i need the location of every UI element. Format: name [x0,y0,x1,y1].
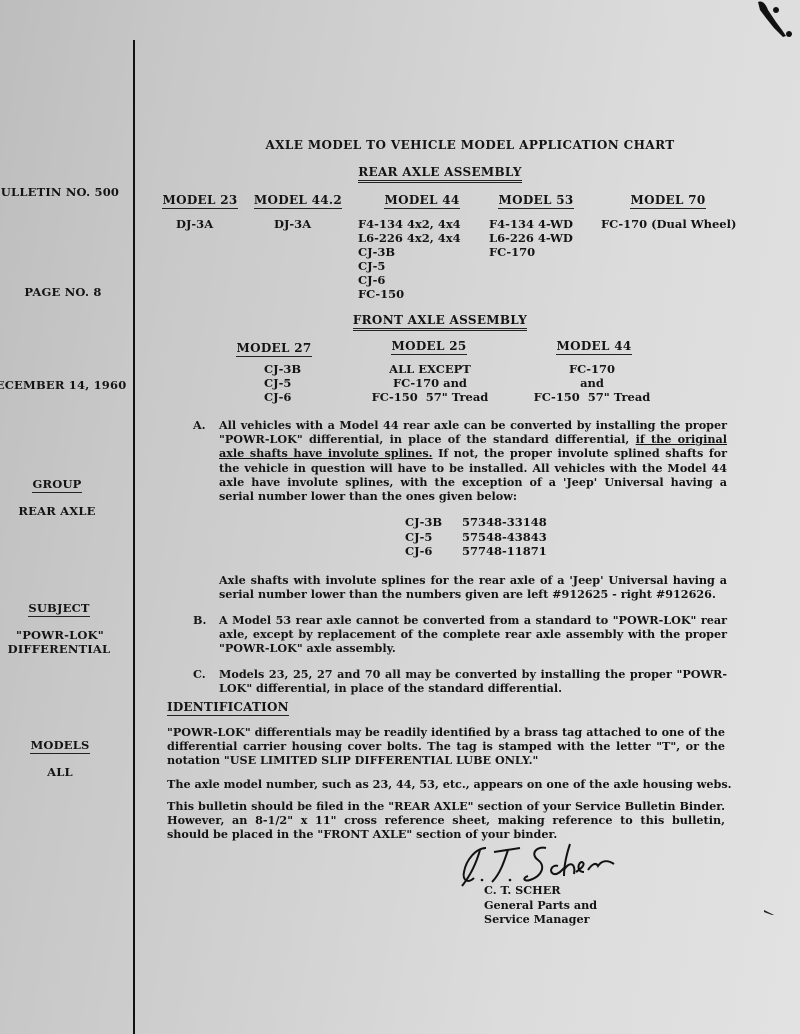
front-model-27-vehicles: CJ-3B CJ-5 CJ-6 [264,362,301,404]
rear-model-23-vehicles: DJ-3A [176,217,213,231]
signatory-name: C. T. SCHER [484,883,597,898]
note-a-label: A. [193,418,206,432]
front-model-27-header: MODEL 27 [226,341,322,355]
models-value: ALL [0,765,120,779]
signatory-title-2: Service Manager [484,912,597,927]
identification-paragraph-1: "POWR-LOK" differentials may be readily … [167,725,725,768]
filing-instructions: This bulletin should be filed in the "RE… [167,799,725,842]
subject-line-2: DIFFERENTIAL [0,642,118,656]
rear-model-44-2-vehicles: DJ-3A [274,217,311,231]
handwritten-signature [458,842,628,888]
subject-line-1: "POWR-LOK" [0,628,120,642]
ink-smudge [756,0,796,40]
front-axle-heading: FRONT AXLE ASSEMBLY [300,313,580,327]
chart-title: AXLE MODEL TO VEHICLE MODEL APPLICATION … [140,138,800,152]
group-label: GROUP [0,477,114,491]
front-model-25-header: MODEL 25 [376,339,482,353]
ink-fleck [764,910,774,915]
front-model-25-vehicles: ALL EXCEPT FC-170 and FC-150 57" Tread [360,362,500,404]
bulletin-date: DECEMBER 14, 1960 [0,378,136,392]
note-c: C. Models 23, 25, 27 and 70 all may be c… [219,667,727,695]
rear-model-53-header: MODEL 53 [488,193,584,207]
margin-divider-line [133,40,135,1034]
rear-model-70-vehicles: FC-170 (Dual Wheel) [601,217,736,231]
serial-row: CJ-557548-43843 [405,530,547,545]
serial-row: CJ-657748-11871 [405,544,547,559]
rear-model-44-2-header: MODEL 44.2 [250,193,346,207]
serial-number-table: CJ-3B57348-33148 CJ-557548-43843 CJ-6577… [405,515,547,559]
note-a: A. All vehicles with a Model 44 rear axl… [219,418,727,503]
note-c-label: C. [193,667,206,681]
note-a-followup: Axle shafts with involute splines for th… [219,573,727,601]
front-model-44-header: MODEL 44 [544,339,644,353]
group-value: REAR AXLE [0,504,114,518]
subject-label: SUBJECT [0,601,118,615]
serial-row: CJ-3B57348-33148 [405,515,547,530]
identification-heading: IDENTIFICATION [167,700,289,714]
bulletin-number: BULLETIN NO. 500 [0,185,130,199]
front-model-44-vehicles: FC-170 and FC-150 57" Tread [522,362,662,404]
identification-paragraph-2: The axle model number, such as 23, 44, 5… [167,777,737,791]
note-b-label: B. [193,613,206,627]
models-label: MODELS [0,738,120,752]
rear-model-44-vehicles: F4-134 4x2, 4x4 L6-226 4x2, 4x4 CJ-3B CJ… [358,217,461,301]
note-b: B. A Model 53 rear axle cannot be conver… [219,613,727,656]
page-number: PAGE NO. 8 [0,285,126,299]
rear-axle-heading: REAR AXLE ASSEMBLY [300,165,580,179]
rear-model-44-header: MODEL 44 [372,193,472,207]
signature-block: C. T. SCHER General Parts and Service Ma… [484,883,597,927]
rear-model-23-header: MODEL 23 [160,193,240,207]
rear-model-53-vehicles: F4-134 4-WD L6-226 4-WD FC-170 [489,217,573,259]
signatory-title-1: General Parts and [484,898,597,913]
rear-model-70-header: MODEL 70 [620,193,716,207]
